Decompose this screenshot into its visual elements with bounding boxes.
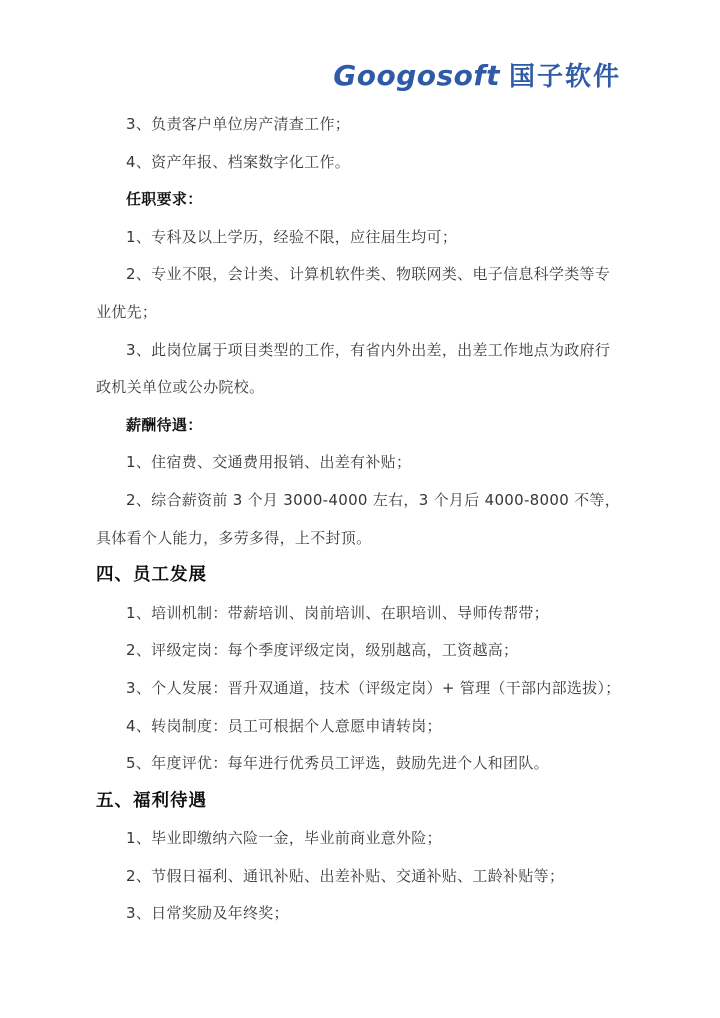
document-body: 3、负责客户单位房产清查工作；4、资产年报、档案数字化工作。任职要求：1、专科及… xyxy=(96,106,624,933)
body-paragraph: 2、评级定岗：每个季度评级定岗，级别越高，工资越高； xyxy=(96,632,624,670)
company-logo: Googosoft国子软件 xyxy=(333,57,621,99)
section-heading: 四、员工发展 xyxy=(96,557,624,595)
section-heading: 五、福利待遇 xyxy=(96,783,624,821)
body-paragraph: 3、个人发展：晋升双通道，技术（评级定岗）+ 管理（干部内部选拔）； xyxy=(96,670,624,708)
body-paragraph: 1、培训机制：带薪培训、岗前培训、在职培训、导师传帮带； xyxy=(96,595,624,633)
logo-chinese-text: 国子软件 xyxy=(509,62,621,92)
document-page: Googosoft国子软件 3、负责客户单位房产清查工作；4、资产年报、档案数字… xyxy=(0,0,720,1018)
body-paragraph: 1、毕业即缴纳六险一金，毕业前商业意外险； xyxy=(96,820,624,858)
body-paragraph: 2、节假日福利、通讯补贴、出差补贴、交通补贴、工龄补贴等； xyxy=(96,858,624,896)
body-paragraph: 1、专科及以上学历，经验不限，应往届生均可； xyxy=(96,219,624,257)
body-paragraph: 2、综合薪资前 3 个月 3000-4000 左右，3 个月后 4000-800… xyxy=(96,482,624,557)
body-paragraph: 3、负责客户单位房产清查工作； xyxy=(96,106,624,144)
body-paragraph: 4、转岗制度：员工可根据个人意愿申请转岗； xyxy=(96,708,624,746)
section-label: 薪酬待遇： xyxy=(96,407,624,445)
body-paragraph: 2、专业不限，会计类、计算机软件类、物联网类、电子信息科学类等专业优先； xyxy=(96,256,624,331)
section-label: 任职要求： xyxy=(96,181,624,219)
logo-latin-text: Googosoft xyxy=(333,59,500,92)
body-paragraph: 3、日常奖励及年终奖； xyxy=(96,895,624,933)
body-paragraph: 3、此岗位属于项目类型的工作，有省内外出差，出差工作地点为政府行政机关单位或公办… xyxy=(96,332,624,407)
body-paragraph: 5、年度评优：每年进行优秀员工评选，鼓励先进个人和团队。 xyxy=(96,745,624,783)
body-paragraph: 1、住宿费、交通费用报销、出差有补贴； xyxy=(96,444,624,482)
body-paragraph: 4、资产年报、档案数字化工作。 xyxy=(96,144,624,182)
